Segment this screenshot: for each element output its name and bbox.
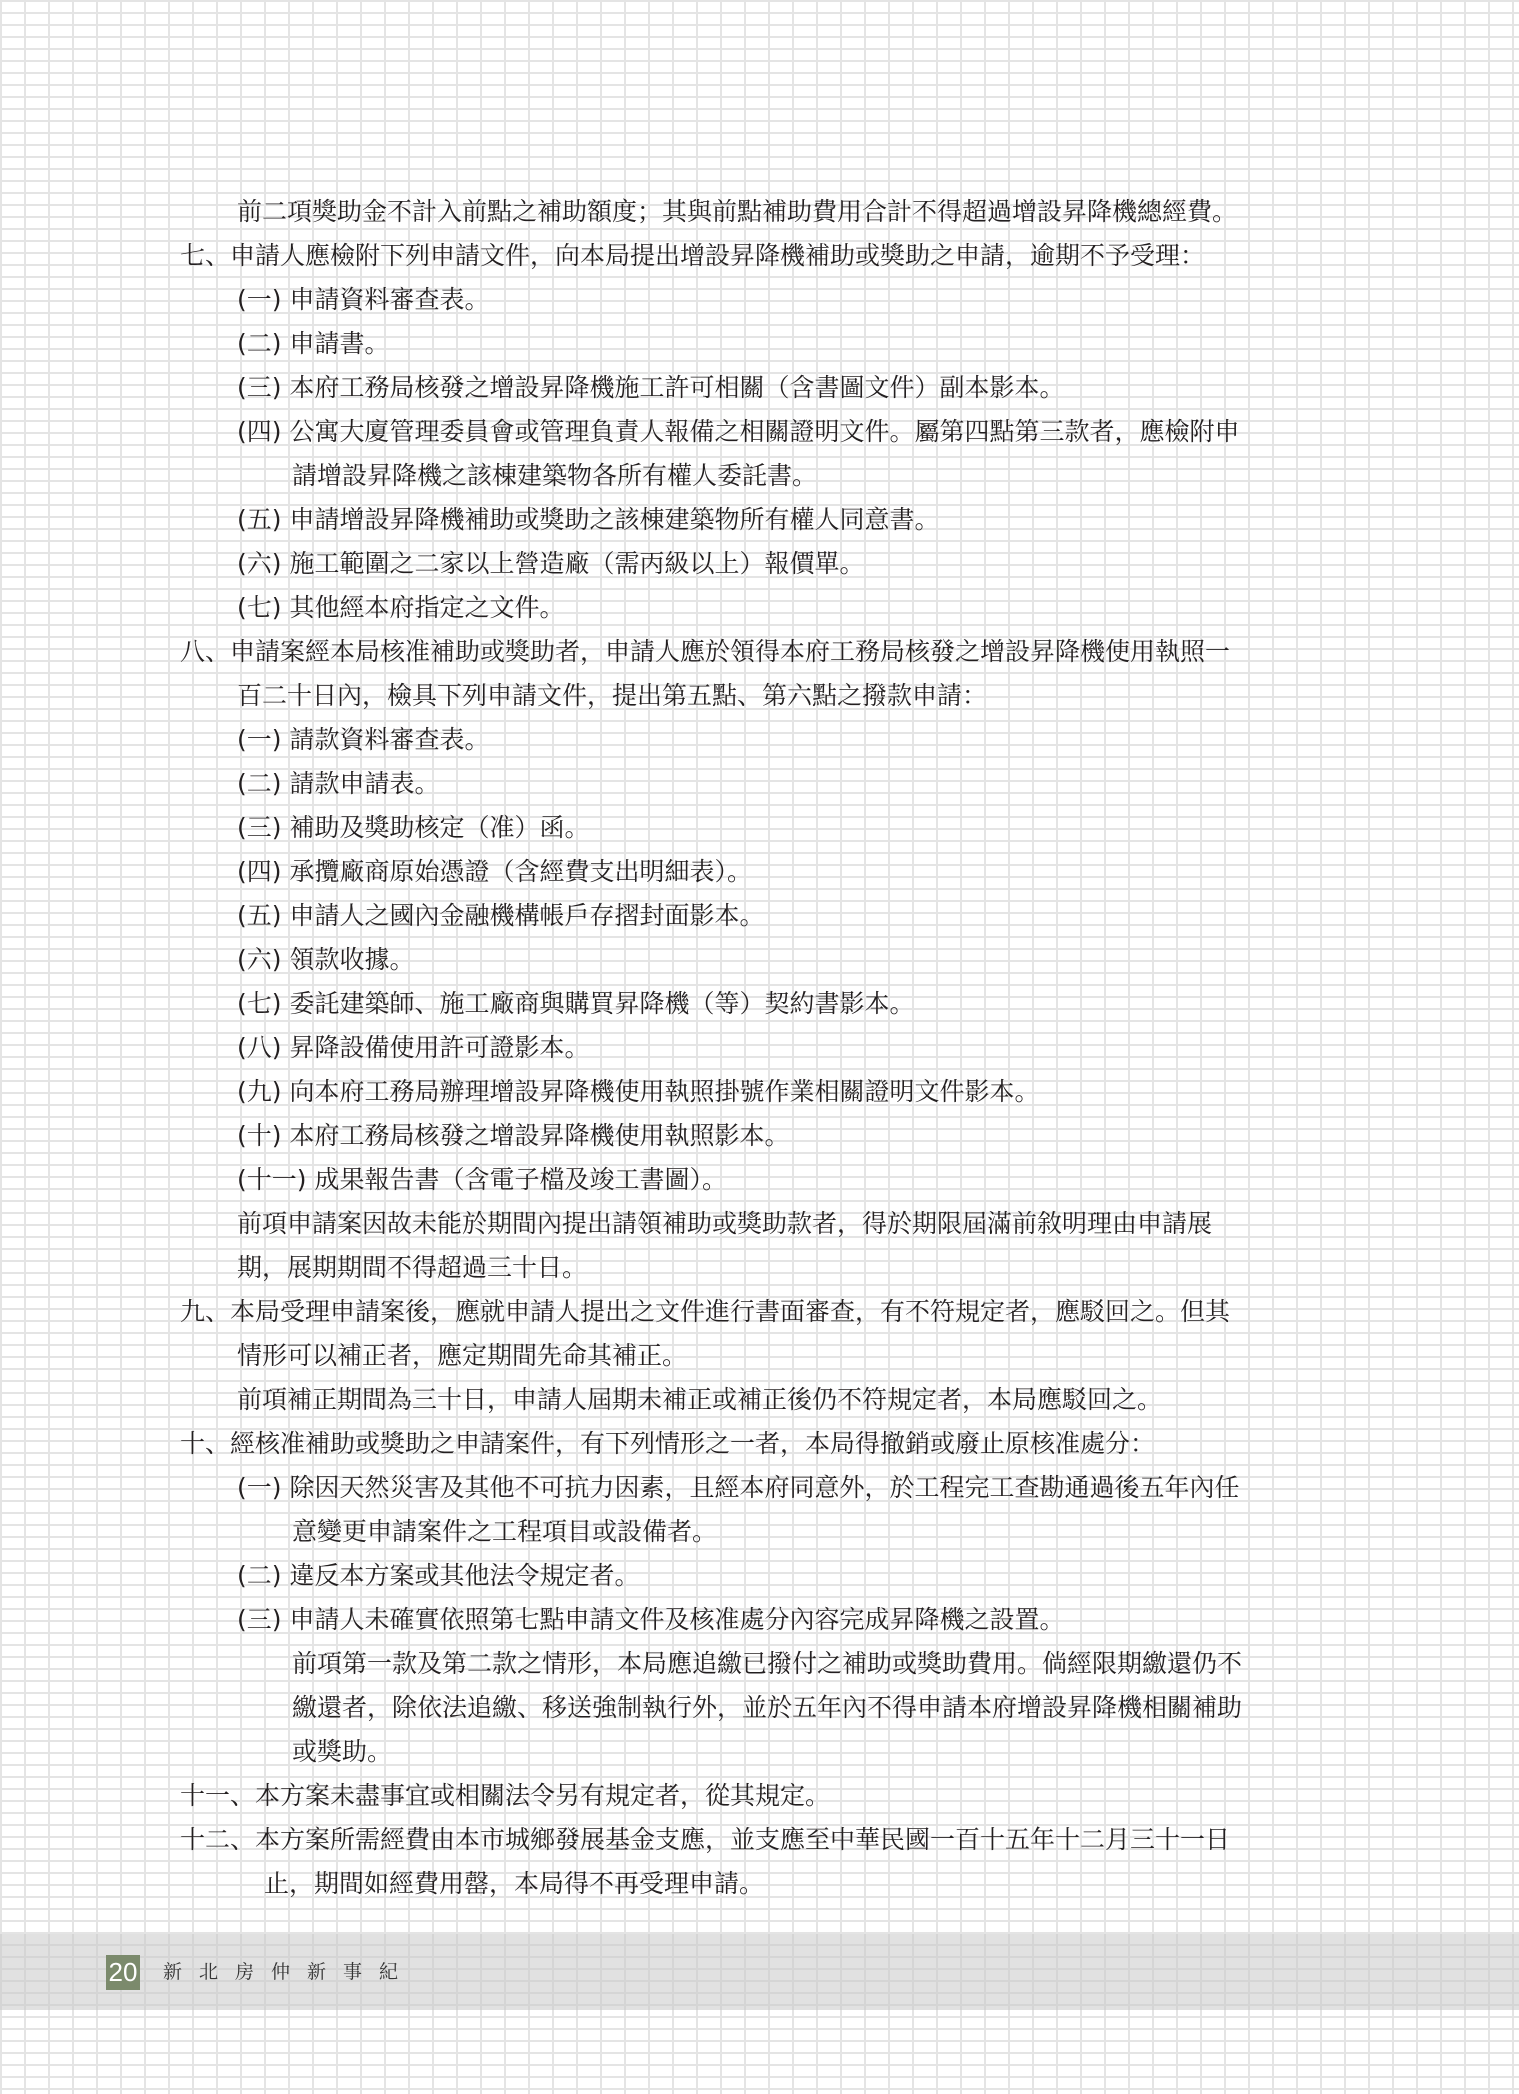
document-line: 百二十日內，檢具下列申請文件，提出第五點、第六點之撥款申請： (180, 674, 1365, 718)
document-line: 八、申請案經本局核准補助或獎助者，申請人應於領得本府工務局核發之增設昇降機使用執… (180, 630, 1365, 674)
document-line: 繳還者，除依法追繳、移送強制執行外，並於五年內不得申請本府增設昇降機相關補助 (180, 1686, 1365, 1730)
document-line: (六) 領款收據。 (180, 938, 1365, 982)
document-line: (二) 違反本方案或其他法令規定者。 (180, 1554, 1365, 1598)
document-line: (三) 本府工務局核發之增設昇降機施工許可相關（含書圖文件）副本影本。 (180, 366, 1365, 410)
document-line: (八) 昇降設備使用許可證影本。 (180, 1026, 1365, 1070)
document-line: 九、本局受理申請案後，應就申請人提出之文件進行書面審查，有不符規定者，應駁回之。… (180, 1290, 1365, 1334)
document-line: 前項第一款及第二款之情形，本局應追繳已撥付之補助或獎助費用。倘經限期繳還仍不 (180, 1642, 1365, 1686)
document-line: (一) 請款資料審查表。 (180, 718, 1365, 762)
document-line: (五) 申請增設昇降機補助或獎助之該棟建築物所有權人同意書。 (180, 498, 1365, 542)
document-line: (一) 申請資料審查表。 (180, 278, 1365, 322)
document-line: 七、申請人應檢附下列申請文件，向本局提出增設昇降機補助或獎助之申請，逾期不予受理… (180, 234, 1365, 278)
magazine-title: 新北房仲新事紀 (163, 1955, 415, 1990)
document-line: (二) 請款申請表。 (180, 762, 1365, 806)
document-line: 請增設昇降機之該棟建築物各所有權人委託書。 (180, 454, 1365, 498)
document-line: 十二、本方案所需經費由本市城鄉發展基金支應，並支應至中華民國一百十五年十二月三十… (180, 1818, 1365, 1862)
document-line: 意變更申請案件之工程項目或設備者。 (180, 1510, 1365, 1554)
document-line: 前項補正期間為三十日，申請人屆期未補正或補正後仍不符規定者，本局應駁回之。 (180, 1378, 1365, 1422)
document-line: (九) 向本府工務局辦理增設昇降機使用執照掛號作業相關證明文件影本。 (180, 1070, 1365, 1114)
document-line: (十一) 成果報告書（含電子檔及竣工書圖）。 (180, 1158, 1365, 1202)
document-line: (二) 申請書。 (180, 322, 1365, 366)
document-line: (十) 本府工務局核發之增設昇降機使用執照影本。 (180, 1114, 1365, 1158)
document-line: (六) 施工範圍之二家以上營造廠（需丙級以上）報價單。 (180, 542, 1365, 586)
document-line: 前項申請案因故未能於期間內提出請領補助或獎助款者，得於期限屆滿前敘明理由申請展 (180, 1202, 1365, 1246)
document-line: (五) 申請人之國內金融機構帳戶存摺封面影本。 (180, 894, 1365, 938)
document-line: 十一、本方案未盡事宜或相關法令另有規定者，從其規定。 (180, 1774, 1365, 1818)
document-line: (一) 除因天然災害及其他不可抗力因素，且經本府同意外，於工程完工查勘通過後五年… (180, 1466, 1365, 1510)
document-line: 或獎助。 (180, 1730, 1365, 1774)
document-line: 前二項獎助金不計入前點之補助額度；其與前點補助費用合計不得超過增設昇降機總經費。 (180, 190, 1365, 234)
document-line: (四) 公寓大廈管理委員會或管理負責人報備之相關證明文件。屬第四點第三款者，應檢… (180, 410, 1365, 454)
document-line: 十、經核准補助或獎助之申請案件，有下列情形之一者，本局得撤銷或廢止原核准處分： (180, 1422, 1365, 1466)
document-line: (四) 承攬廠商原始憑證（含經費支出明細表）。 (180, 850, 1365, 894)
document-line: (七) 其他經本府指定之文件。 (180, 586, 1365, 630)
document-line: 止，期間如經費用罄，本局得不再受理申請。 (180, 1862, 1365, 1906)
document-body: 前二項獎助金不計入前點之補助額度；其與前點補助費用合計不得超過增設昇降機總經費。… (180, 190, 1365, 1906)
document-line: (三) 申請人未確實依照第七點申請文件及核准處分內容完成昇降機之設置。 (180, 1598, 1365, 1642)
document-line: (七) 委託建築師、施工廠商與購買昇降機（等）契約書影本。 (180, 982, 1365, 1026)
document-line: 情形可以補正者，應定期間先命其補正。 (180, 1334, 1365, 1378)
page-number: 20 (106, 1955, 140, 1990)
document-line: 期，展期期間不得超過三十日。 (180, 1246, 1365, 1290)
document-line: (三) 補助及獎助核定（准）函。 (180, 806, 1365, 850)
